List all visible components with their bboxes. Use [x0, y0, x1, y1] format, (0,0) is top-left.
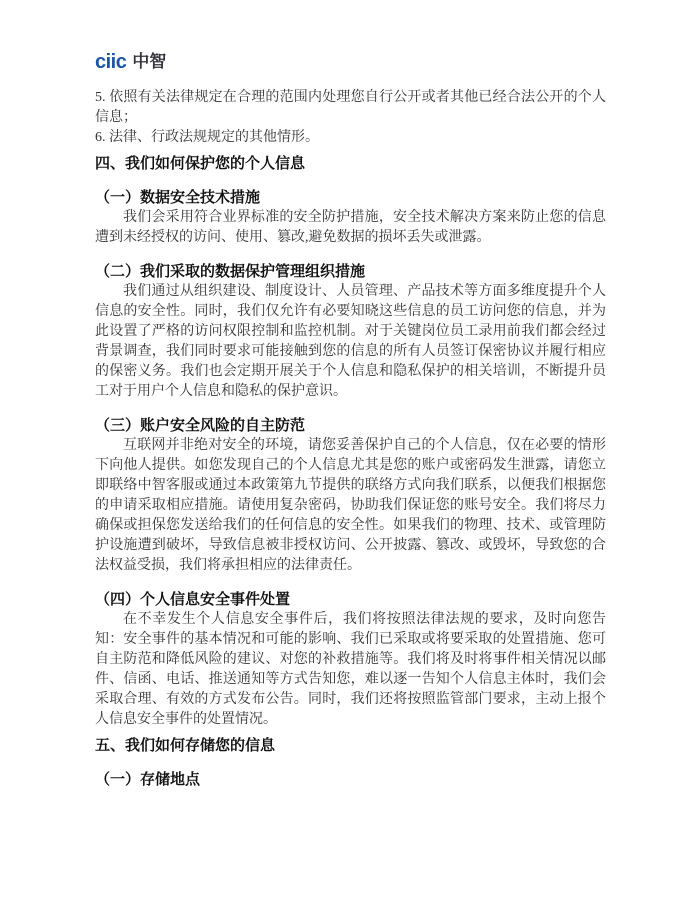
paragraph-4-4: 在不幸发生个人信息安全事件后，我们将按照法律法规的要求，及时向您告知：安全事件的… — [95, 610, 606, 730]
paragraph-4-3: 互联网并非绝对安全的环境，请您妥善保护自己的个人信息，仅在必要的情形下向他人提供… — [95, 436, 606, 576]
paragraph-4-1: 我们会采用符合业界标准的安全防护措施，安全技术解决方案来防止您的信息遭到未经授权… — [95, 208, 606, 248]
list-item-5: 5. 依照有关法律规定在合理的范围内处理您自行公开或者其他已经合法公开的个人信息… — [95, 88, 606, 128]
document-page: ciic 中智 5. 依照有关法律规定在合理的范围内处理您自行公开或者其他已经合… — [0, 0, 700, 905]
section-heading-5: 五、我们如何存储您的信息 — [95, 736, 606, 756]
subheading-4-2: （二）我们采取的数据保护管理组织措施 — [95, 262, 606, 282]
paragraph-4-2: 我们通过从组织建设、制度设计、人员管理、产品技术等方面多维度提升个人信息的安全性… — [95, 282, 606, 402]
subheading-5-1: （一）存储地点 — [95, 770, 606, 790]
list-item-6: 6. 法律、行政法规规定的其他情形。 — [95, 128, 606, 148]
subheading-4-3: （三）账户安全风险的自主防范 — [95, 416, 606, 436]
ciic-logo-text: ciic — [95, 52, 126, 72]
section-heading-4: 四、我们如何保护您的个人信息 — [95, 154, 606, 174]
brand-logo: ciic 中智 — [95, 52, 606, 72]
subheading-4-4: （四）个人信息安全事件处置 — [95, 590, 606, 610]
ciic-logo-chinese-text: 中智 — [132, 52, 166, 72]
subheading-4-1: （一）数据安全技术措施 — [95, 188, 606, 208]
